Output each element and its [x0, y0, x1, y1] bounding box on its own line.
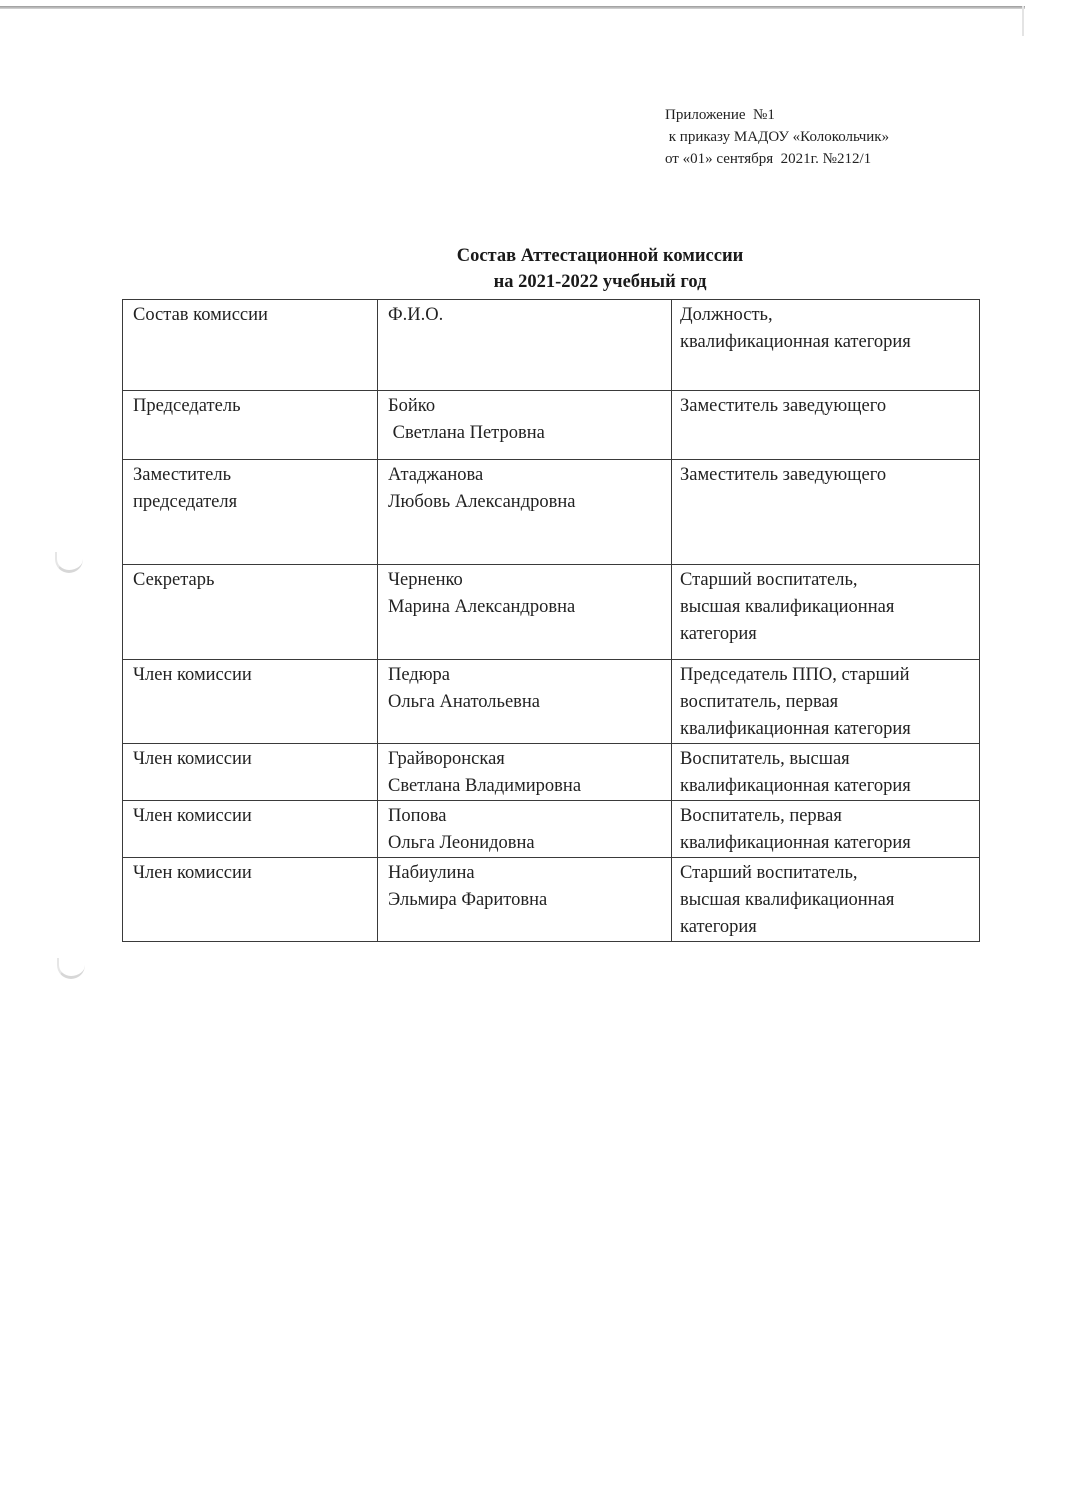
cell-position: Воспитатель, высшая квалификационная кат… — [672, 744, 980, 801]
scan-page-edge-right — [1022, 6, 1024, 36]
cell-role: Член комиссии — [123, 858, 378, 942]
cell-role: Член комиссии — [123, 744, 378, 801]
scan-page-edge — [0, 6, 1025, 9]
cell-position: Старший воспитатель, высшая квалификацио… — [672, 565, 980, 660]
cell-name: Атаджанова Любовь Александровна — [378, 460, 672, 565]
table-header-row: Состав комиссии Ф.И.О. Должность, квалиф… — [123, 300, 980, 391]
appendix-line: Приложение №1 — [665, 104, 889, 126]
table-row: Заместитель председателя Атаджанова Любо… — [123, 460, 980, 565]
cell-name: Попова Ольга Леонидовна — [378, 801, 672, 858]
document-title: Состав Аттестационной комиссии на 2021-2… — [300, 243, 900, 295]
appendix-reference: Приложение №1 к приказу МАДОУ «Колокольч… — [665, 104, 889, 170]
cell-role: Член комиссии — [123, 801, 378, 858]
cell-name: Набиулина Эльмира Фаритовна — [378, 858, 672, 942]
table-row: Секретарь Черненко Марина Александровна … — [123, 565, 980, 660]
header-role: Состав комиссии — [123, 300, 378, 391]
cell-role: Секретарь — [123, 565, 378, 660]
appendix-line: к приказу МАДОУ «Колокольчик» — [665, 126, 889, 148]
cell-role: Заместитель председателя — [123, 460, 378, 565]
cell-name: Педюра Ольга Анатольевна — [378, 660, 672, 744]
cell-role: Председатель — [123, 391, 378, 460]
cell-position: Воспитатель, первая квалификационная кат… — [672, 801, 980, 858]
table-row: Член комиссии Набиулина Эльмира Фаритовн… — [123, 858, 980, 942]
cell-position: Старший воспитатель, высшая квалификацио… — [672, 858, 980, 942]
table-row: Член комиссии Попова Ольга Леонидовна Во… — [123, 801, 980, 858]
punch-hole-mark — [55, 552, 83, 573]
cell-role: Член комиссии — [123, 660, 378, 744]
appendix-line: от «01» сентября 2021г. №212/1 — [665, 148, 889, 170]
table-row: Член комиссии Грайворонская Светлана Вла… — [123, 744, 980, 801]
cell-name: Бойко Светлана Петровна — [378, 391, 672, 460]
header-position: Должность, квалификационная категория — [672, 300, 980, 391]
punch-hole-mark — [57, 958, 85, 979]
table-row: Председатель Бойко Светлана Петровна Зам… — [123, 391, 980, 460]
header-name: Ф.И.О. — [378, 300, 672, 391]
cell-position: Председатель ППО, старший воспитатель, п… — [672, 660, 980, 744]
cell-name: Черненко Марина Александровна — [378, 565, 672, 660]
cell-name: Грайворонская Светлана Владимировна — [378, 744, 672, 801]
title-line-2: на 2021-2022 учебный год — [300, 269, 900, 295]
table-row: Член комиссии Педюра Ольга Анатольевна П… — [123, 660, 980, 744]
title-line-1: Состав Аттестационной комиссии — [300, 243, 900, 269]
commission-table: Состав комиссии Ф.И.О. Должность, квалиф… — [122, 299, 980, 942]
cell-position: Заместитель заведующего — [672, 391, 980, 460]
cell-position: Заместитель заведующего — [672, 460, 980, 565]
